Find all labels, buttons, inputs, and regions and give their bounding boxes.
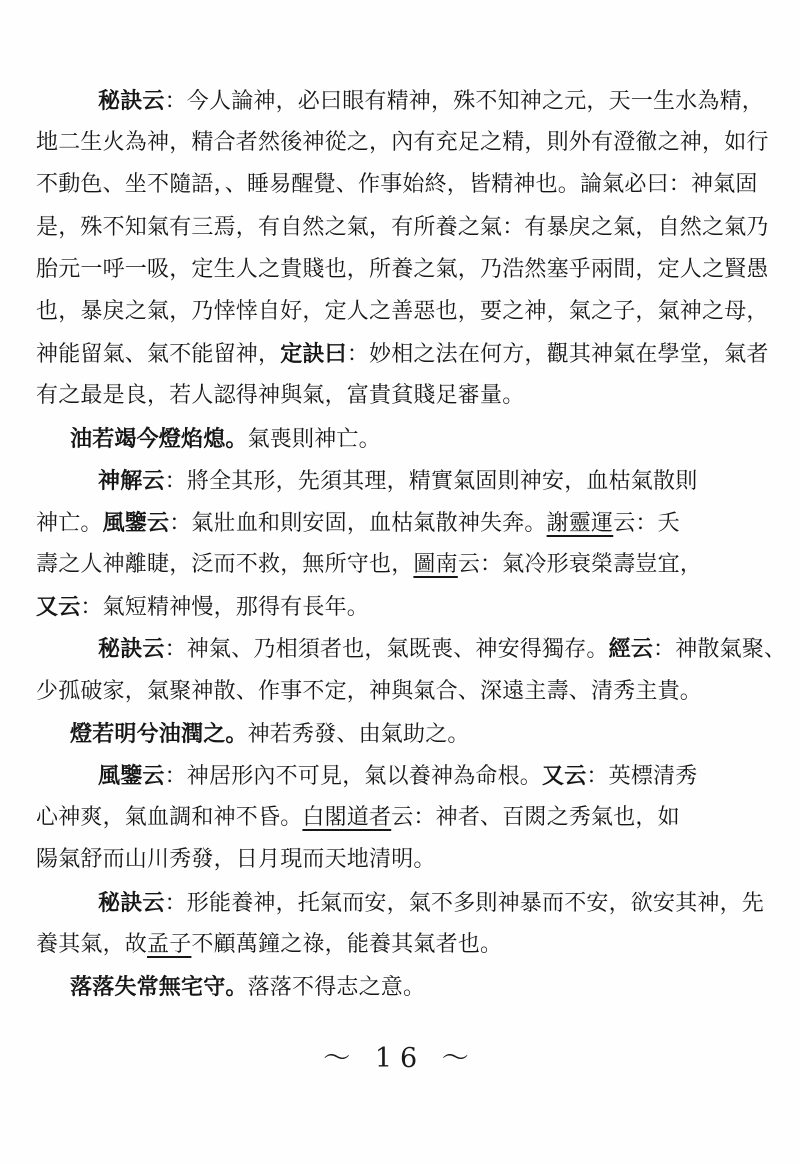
text-line: 風鑒云：神居形內不可見，氣以養神為命根。又云：英標清秀	[36, 755, 768, 797]
paragraph-block: 神解云：將全其形，先須其理，精實氣固則神安，血枯氣散則神亡。風鑒云：氣壯血和則安…	[36, 460, 768, 629]
text-segment: ：氣壯血和則安固，血枯氣散神失奔。	[169, 511, 546, 536]
text-line: 秘訣云：今人論神，必曰眼有精神，殊不知神之元，天一生水為精，	[36, 80, 768, 122]
paragraph-block: 秘訣云：形能養神，托氣而安，氣不多則神暴而不安，欲安其神，先養其氣，故孟子不顧萬…	[36, 882, 768, 966]
text-line: 秘訣云：神氣、乃相須者也，氣既喪、神安得獨存。經云：神散氣聚、	[36, 628, 768, 670]
text-segment: 云：神者、百閦之秀氣也，如	[391, 805, 680, 830]
text-line: 又云：氣短精神慢，那得有長年。	[36, 586, 768, 628]
lead-in-segment: 風鑒云	[103, 510, 170, 536]
text-segment: 神亡。	[36, 511, 103, 536]
text-line: 燈若明兮油潤之。神若秀發、由氣助之。	[36, 713, 768, 755]
text-line: 落落失常無宅守。落落不得志之意。	[36, 966, 768, 1008]
text-line: 壽之人神離睫，泛而不救，無所守也，圖南云：氣冷形衰榮壽豈宜，	[36, 544, 768, 586]
lead-in-segment: 落落失常無宅守。	[70, 974, 248, 1000]
text-line: 心神爽，氣血調和神不昏。白閣道者云：神者、百閦之秀氣也，如	[36, 797, 768, 839]
text-line: 胎元一呼一吸，定生人之貴賤也，所養之氣，乃浩然塞乎兩間，定人之賢愚	[36, 249, 768, 291]
scanned-book-page: 秘訣云：今人論神，必曰眼有精神，殊不知神之元，天一生水為精，地二生火為神，精合者…	[0, 0, 800, 1164]
text-line: 地二生火為神，精合者然後神從之，內有充足之精，則外有澄徹之神，如行	[36, 122, 768, 164]
lead-in-segment: 秘訣云	[98, 88, 165, 114]
lead-in-segment: 又云	[36, 594, 80, 620]
text-segment: 神若秀發、由氣助之。	[248, 722, 470, 747]
text-segment: ：神居形內不可見，氣以養神為命根。	[165, 764, 542, 789]
body-text-area: 秘訣云：今人論神，必曰眼有精神，殊不知神之元，天一生水為精，地二生火為神，精合者…	[36, 80, 768, 1008]
text-segment: ：今人論神，必曰眼有精神，殊不知神之元，天一生水為精，	[165, 89, 764, 114]
text-line: 是，殊不知氣有三焉，有自然之氣，有所養之氣：有暴戾之氣，自然之氣乃	[36, 207, 768, 249]
proper-name-segment: 孟子	[147, 932, 191, 957]
text-segment: 不顧萬鐘之祿，能養其氣者也。	[191, 932, 502, 957]
proper-name-segment: 圖南	[413, 552, 457, 577]
text-line: 陽氣舒而山川秀發，日月現而天地清明。	[36, 839, 768, 881]
verse-block: 落落失常無宅守。落落不得志之意。	[36, 966, 768, 1008]
text-line: 神能留氣、氣不能留神，定訣曰：妙相之法在何方，觀其神氣在學堂，氣者	[36, 333, 768, 375]
text-line: 也，暴戾之氣，乃悻悻自好，定人之善惡也，要之神，氣之子，氣神之母，	[36, 291, 768, 333]
text-segment: 不動色、坐不隨語，、睡易醒覺、作事始終，皆精神也。論氣必曰：神氣固	[36, 172, 758, 197]
text-line: 油若竭今燈焰熄。氣喪則神亡。	[36, 418, 768, 460]
text-segment: 養其氣，故	[36, 932, 147, 957]
text-segment: 云：氣冷形衰榮壽豈宜，	[458, 552, 702, 577]
verse-block: 油若竭今燈焰熄。氣喪則神亡。	[36, 418, 768, 460]
text-segment: ：神氣、乃相須者也，氣既喪、神安得獨存。	[165, 637, 609, 662]
proper-name-segment: 白閣道者	[302, 805, 391, 830]
lead-in-segment: 神解云	[98, 468, 165, 494]
text-segment: 陽氣舒而山川秀發，日月現而天地清明。	[36, 847, 436, 872]
lead-in-segment: 定訣曰	[280, 341, 347, 367]
paragraph-block: 秘訣云：神氣、乃相須者也，氣既喪、神安得獨存。經云：神散氣聚、少孤破家，氣聚神散…	[36, 628, 768, 712]
text-line: 養其氣，故孟子不顧萬鐘之祿，能養其氣者也。	[36, 924, 768, 966]
text-line: 不動色、坐不隨語，、睡易醒覺、作事始終，皆精神也。論氣必曰：神氣固	[36, 164, 768, 206]
paragraph-block: 風鑒云：神居形內不可見，氣以養神為命根。又云：英標清秀心神爽，氣血調和神不昏。白…	[36, 755, 768, 882]
text-segment: 落落不得志之意。	[248, 975, 426, 1000]
lead-in-segment: 秘訣云	[98, 636, 165, 662]
text-line: 少孤破家，氣聚神散、作事不定，神與氣合、深遠主壽、清秀主貴。	[36, 671, 768, 713]
text-segment: 云：夭	[613, 511, 680, 536]
text-line: 有之最是良，若人認得神與氣，富貴貧賤足審量。	[36, 375, 768, 417]
text-segment: ：英標清秀	[586, 764, 697, 789]
text-segment: 有之最是良，若人認得神與氣，富貴貧賤足審量。	[36, 383, 524, 408]
verse-block: 燈若明兮油潤之。神若秀發、由氣助之。	[36, 713, 768, 755]
lead-in-segment: 風鑒云	[98, 763, 165, 789]
paragraph-block: 秘訣云：今人論神，必曰眼有精神，殊不知神之元，天一生水為精，地二生火為神，精合者…	[36, 80, 768, 418]
lead-in-segment: 油若竭今燈焰熄。	[70, 426, 248, 452]
text-line: 秘訣云：形能養神，托氣而安，氣不多則神暴而不安，欲安其神，先	[36, 882, 768, 924]
lead-in-segment: 秘訣云	[98, 890, 165, 916]
text-line: 神亡。風鑒云：氣壯血和則安固，血枯氣散神失奔。謝靈運云：夭	[36, 502, 768, 544]
text-segment: 神能留氣、氣不能留神，	[36, 342, 280, 367]
text-segment: 氣喪則神亡。	[248, 427, 381, 452]
text-segment: 地二生火為神，精合者然後神從之，內有充足之精，則外有澄徹之神，如行	[36, 130, 769, 155]
text-segment: 是，殊不知氣有三焉，有自然之氣，有所養之氣：有暴戾之氣，自然之氣乃	[36, 215, 769, 240]
text-segment: ：將全其形，先須其理，精實氣固則神安，血枯氣散則	[165, 469, 698, 494]
lead-in-segment: 經云	[609, 636, 653, 662]
text-segment: 壽之人神離睫，泛而不救，無所守也，	[36, 552, 413, 577]
text-segment: ：妙相之法在何方，觀其神氣在學堂，氣者	[347, 342, 769, 367]
text-segment: ：形能養神，托氣而安，氣不多則神暴而不安，欲安其神，先	[165, 891, 764, 916]
page-number-footer: ～ 16 ～	[0, 1036, 800, 1075]
proper-name-segment: 謝靈運	[547, 511, 614, 536]
text-segment: ：氣短精神慢，那得有長年。	[80, 595, 369, 620]
text-segment: 也，暴戾之氣，乃悻悻自好，定人之善惡也，要之神，氣之子，氣神之母，	[36, 299, 769, 324]
text-line: 神解云：將全其形，先須其理，精實氣固則神安，血枯氣散則	[36, 460, 768, 502]
lead-in-segment: 又云	[542, 763, 586, 789]
text-segment: 少孤破家，氣聚神散、作事不定，神與氣合、深遠主壽、清秀主貴。	[36, 679, 702, 704]
text-segment: 心神爽，氣血調和神不昏。	[36, 805, 302, 830]
lead-in-segment: 燈若明兮油潤之。	[70, 721, 248, 747]
text-segment: 胎元一呼一吸，定生人之貴賤也，所養之氣，乃浩然塞乎兩間，定人之賢愚	[36, 257, 769, 282]
text-segment: ：神散氣聚、	[653, 637, 786, 662]
